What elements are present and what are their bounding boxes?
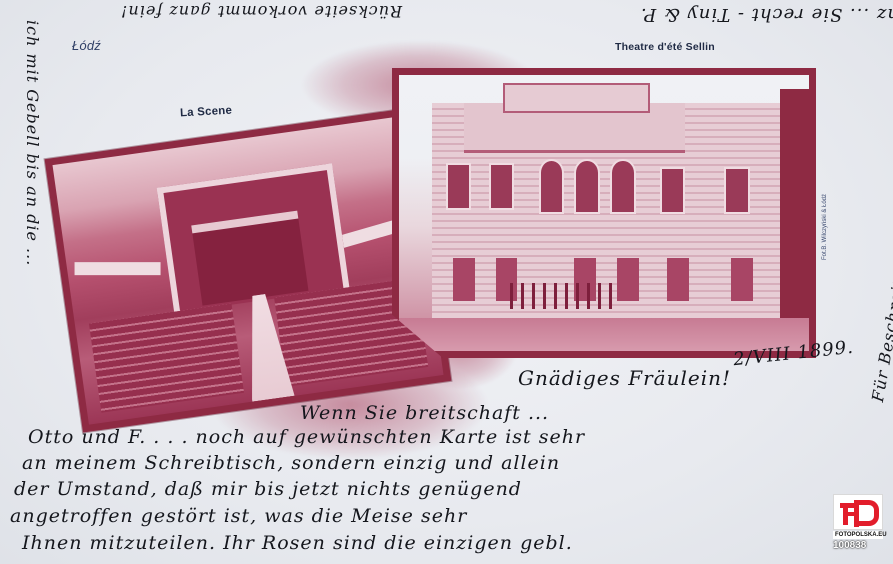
theatre-caption: Theatre d'été Sellin — [615, 41, 715, 53]
printer-mark: Fot.B. Wilczyński & Łódź — [822, 194, 828, 260]
stage-interior-image — [53, 115, 444, 424]
city-caption: Łódź — [72, 38, 101, 53]
handwritten-line: an meinem Schreibtisch, sondern einzig u… — [22, 452, 560, 474]
stage-interior-picture-frame — [45, 107, 452, 432]
watermark-photo-id: 100838 — [833, 540, 883, 551]
arched-window — [610, 159, 635, 215]
handwriting-right-margin: Für Beschreit in ungünstiger Postkarte b… — [868, 0, 893, 403]
door — [731, 258, 752, 301]
window — [724, 167, 749, 214]
theatre-exterior-image — [399, 75, 809, 351]
handwritten-greeting: Gnädiges Fräulein! — [518, 366, 731, 390]
arched-window — [574, 159, 599, 215]
watermark-brand: FOTOPOLSKA.EU — [833, 531, 883, 539]
postcard: Rückseite vorkommt ganz fein! Mein Weg i… — [0, 0, 893, 564]
theatre-building — [432, 103, 789, 318]
window — [660, 167, 685, 214]
handwritten-line: Ihnen mitzuteilen. Ihr Rosen sind die ei… — [22, 532, 573, 554]
handwritten-line: der Umstand, daß mir bis jetzt nichts ge… — [14, 478, 522, 500]
fotopolska-watermark: FOTOPOLSKA.EU 100838 — [833, 494, 883, 550]
building-attic — [503, 83, 650, 113]
building-side-wing — [780, 89, 809, 324]
handwritten-line: Wenn Sie breitschaft ... — [300, 402, 549, 424]
forecourt — [399, 318, 809, 351]
handwritten-line: angetroffen gestört ist, was die Meise s… — [10, 505, 467, 527]
handwriting-top-upside-down-left: Rückseite vorkommt ganz fein! — [120, 2, 402, 21]
balcony-left — [75, 262, 161, 275]
handwriting-top-upside-down-right: Mein Weg ist ganz ... Sie recht - Tiny &… — [640, 4, 893, 25]
window — [489, 163, 514, 210]
stage-curtain — [191, 210, 309, 306]
scene-caption: La Scene — [180, 105, 233, 120]
fotopolska-logo-icon — [833, 494, 883, 530]
window — [446, 163, 471, 210]
people-at-entrance — [510, 283, 617, 309]
seating-left — [89, 304, 243, 412]
handwritten-line: Otto und F. . . . noch auf gewünschten K… — [28, 426, 585, 448]
door — [453, 258, 474, 301]
door — [667, 258, 688, 301]
theatre-exterior-picture-frame — [392, 68, 816, 358]
door — [617, 258, 638, 301]
arched-window — [539, 159, 564, 215]
handwriting-left-margin: ich mit Gebell bis an die ... — [23, 20, 42, 266]
